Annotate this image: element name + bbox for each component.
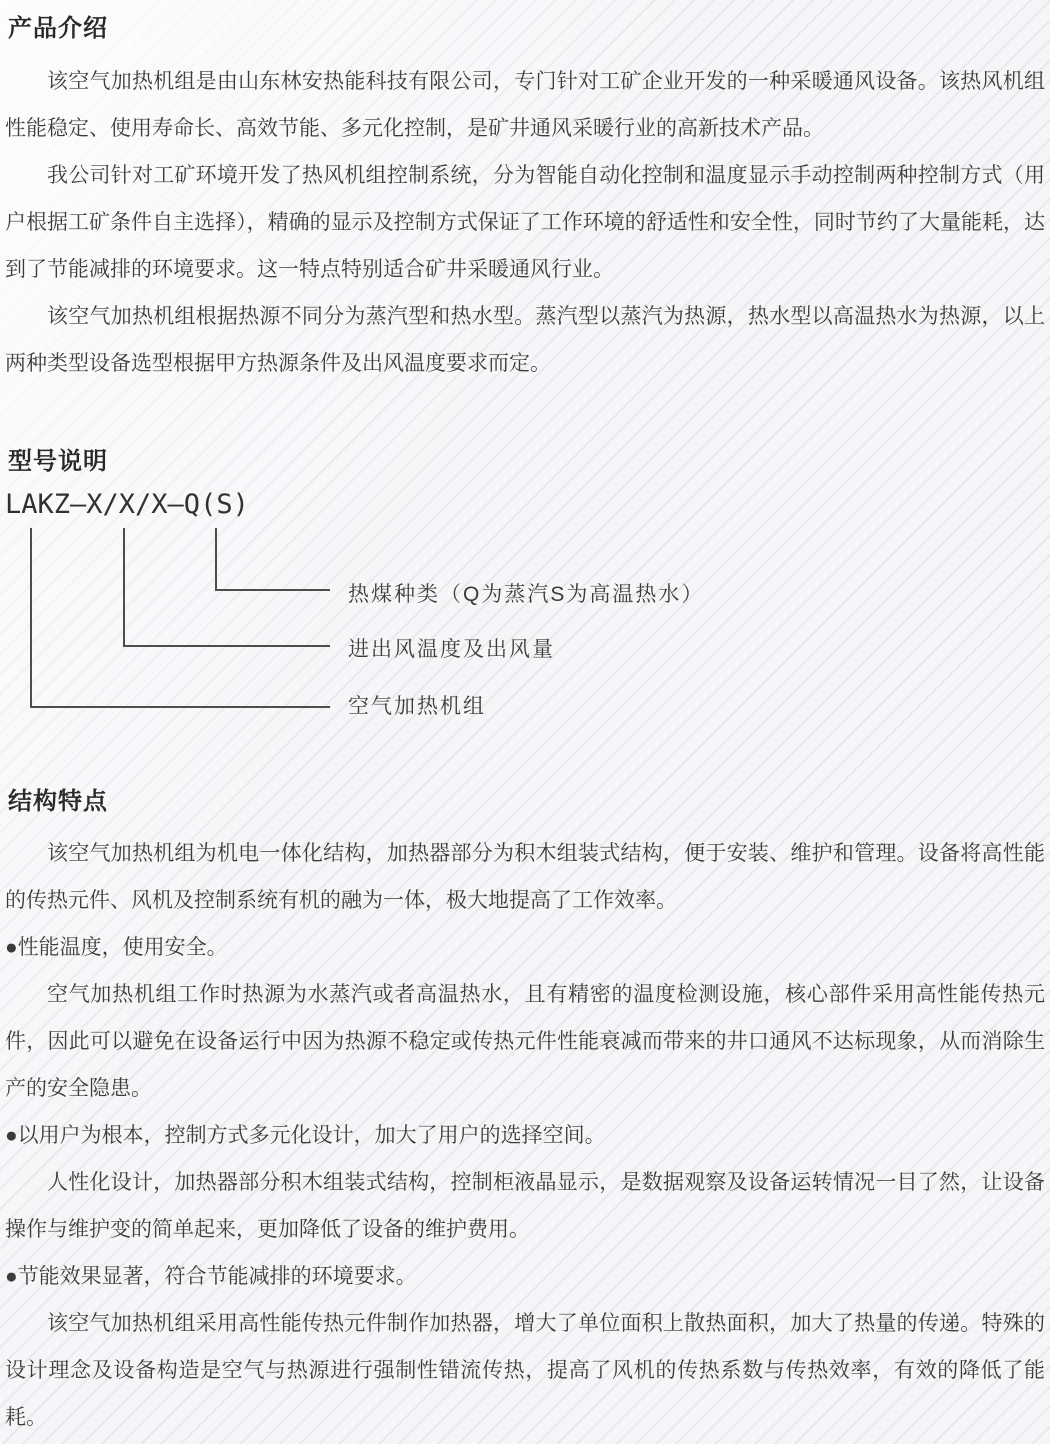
callout-label-coal-type: 热煤种类（Q为蒸汽S为高温热水） <box>348 582 704 608</box>
intro-body: 该空气加热机组是由山东林安热能科技有限公司，专门针对工矿企业开发的一种采暖通风设… <box>5 58 1045 387</box>
product-document-page: 产品介绍 该空气加热机组是由山东林安热能科技有限公司，专门针对工矿企业开发的一种… <box>0 0 1050 1444</box>
callout-hline-unit <box>30 706 330 708</box>
model-heading: 型号说明 <box>8 445 108 479</box>
features-bullet-3: ●节能效果显著，符合节能减排的环境要求。 <box>5 1253 1045 1300</box>
callout-hline-airflow <box>123 645 330 647</box>
features-bullet-2: ●以用户为根本，控制方式多元化设计，加大了用户的选择空间。 <box>5 1112 1045 1159</box>
callout-vline-coal-type <box>215 528 217 591</box>
features-paragraph-4: 该空气加热机组采用高性能传热元件制作加热器，增大了单位面积上散热面积，加大了热量… <box>5 1300 1045 1441</box>
features-paragraph-3: 人性化设计，加热器部分积木组装式结构，控制柜液晶显示，是数据观察及设备运转情况一… <box>5 1159 1045 1253</box>
model-code: LAKZ—X/X/X—Q(S) <box>5 490 249 520</box>
callout-vline-airflow <box>123 528 125 647</box>
features-bullet-1: ●性能温度，使用安全。 <box>5 924 1045 971</box>
intro-paragraph-2: 我公司针对工矿环境开发了热风机组控制系统，分为智能自动化控制和温度显示手动控制两… <box>5 152 1045 293</box>
callout-label-airflow: 进出风温度及出风量 <box>348 637 555 663</box>
intro-paragraph-3: 该空气加热机组根据热源不同分为蒸汽型和热水型。蒸汽型以蒸汽为热源，热水型以高温热… <box>5 293 1045 387</box>
intro-paragraph-1: 该空气加热机组是由山东林安热能科技有限公司，专门针对工矿企业开发的一种采暖通风设… <box>5 58 1045 152</box>
features-paragraph-1: 该空气加热机组为机电一体化结构，加热器部分为积木组装式结构，便于安装、维护和管理… <box>5 830 1045 924</box>
features-heading: 结构特点 <box>8 785 108 819</box>
callout-label-unit: 空气加热机组 <box>348 694 486 720</box>
callout-hline-coal-type <box>215 589 330 591</box>
features-body: 该空气加热机组为机电一体化结构，加热器部分为积木组装式结构，便于安装、维护和管理… <box>5 830 1045 1441</box>
features-paragraph-2: 空气加热机组工作时热源为水蒸汽或者高温热水，且有精密的温度检测设施，核心部件采用… <box>5 971 1045 1112</box>
callout-vline-unit <box>30 528 32 708</box>
intro-heading: 产品介绍 <box>8 12 108 46</box>
